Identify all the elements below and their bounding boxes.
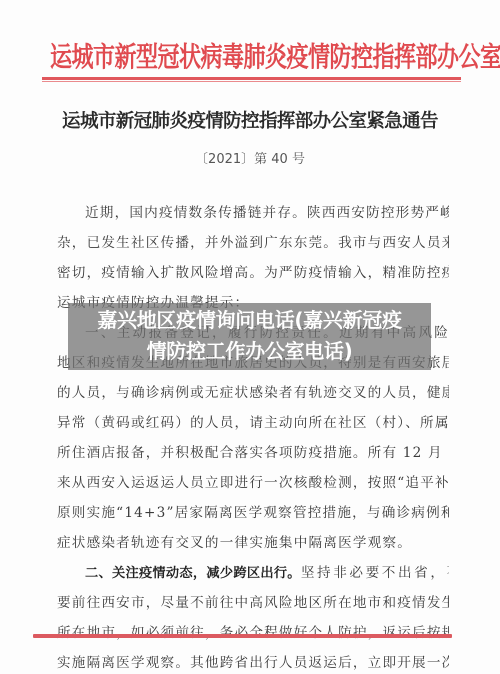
issuing-office-header: 运城市新型冠状病毒肺炎疫情防控指挥部办公室 bbox=[50, 36, 450, 79]
document-number: 〔2021〕第 40 号 bbox=[0, 150, 500, 170]
body-line: 所在地市，如必须前往，务必全程做好个人防护，返运后按规定 bbox=[57, 618, 449, 648]
body-line: 异常（黄码或红码）的人员，请主动向所在社区（村）、所属单位、 bbox=[57, 408, 449, 438]
header-red-rule bbox=[42, 77, 461, 80]
body-line: 原则实施“14+3”居家隔离医学观察管控措施，与确诊病例和无 bbox=[57, 498, 449, 528]
body-line: 所住酒店报备，并积极配合落实各项防疫措施。所有 12 月 1 日以 bbox=[57, 438, 449, 468]
caption-line-1: 嘉兴地区疫情询问电话(嘉兴新冠疫 bbox=[68, 305, 431, 336]
footer-red-rule bbox=[33, 634, 452, 638]
body-line: 症状感染者轨迹有交叉的一律实施集中隔离医学观察。 bbox=[57, 528, 449, 558]
notice-body: 近期，国内疫情数条传播链并存。陕西西安防控形势严峻复 杂，已发生社区传播，并外溢… bbox=[57, 198, 449, 674]
body-line: 实施隔离医学观察。其他跨省出行人员返运后，立即开展一次核 bbox=[57, 648, 449, 674]
body-line: 来从西安入运返运人员立即进行一次核酸检测，按照“追平补齐” bbox=[57, 468, 449, 498]
body-line: 杂，已发生社区传播，并外溢到广东东莞。我市与西安人员来往 bbox=[57, 228, 449, 258]
section-two-line: 二、关注疫情动态，减少跨区出行。坚持非必要不出省，不 bbox=[57, 558, 449, 588]
section-two-heading: 二、关注疫情动态，减少跨区出行。 bbox=[85, 566, 301, 581]
body-line: 要前往西安市，尽量不前往中高风险地区所在地市和疫情发生地 bbox=[57, 588, 449, 618]
header-red-rule-thin bbox=[42, 81, 461, 82]
caption-line-2: 情防控工作办公室电话) bbox=[68, 336, 431, 367]
notice-title: 运城市新冠肺炎疫情防控指挥部办公室紧急通告 bbox=[50, 108, 450, 136]
body-line: 近期，国内疫情数条传播链并存。陕西西安防控形势严峻复 bbox=[57, 198, 449, 228]
body-line-fragment: 坚持非必要不出省，不 bbox=[301, 565, 449, 581]
document-page: 运城市新型冠状病毒肺炎疫情防控指挥部办公室 运城市新冠肺炎疫情防控指挥部办公室紧… bbox=[0, 0, 500, 674]
body-line: 密切，疫情输入扩散风险增高。为严防疫情输入，精准防控疫情， bbox=[57, 258, 449, 288]
caption-overlay-text: 嘉兴地区疫情询问电话(嘉兴新冠疫 情防控工作办公室电话) bbox=[68, 305, 431, 367]
body-line: 的人员，与确诊病例或无症状感染者有轨迹交叉的人员，健康码 bbox=[57, 378, 449, 408]
